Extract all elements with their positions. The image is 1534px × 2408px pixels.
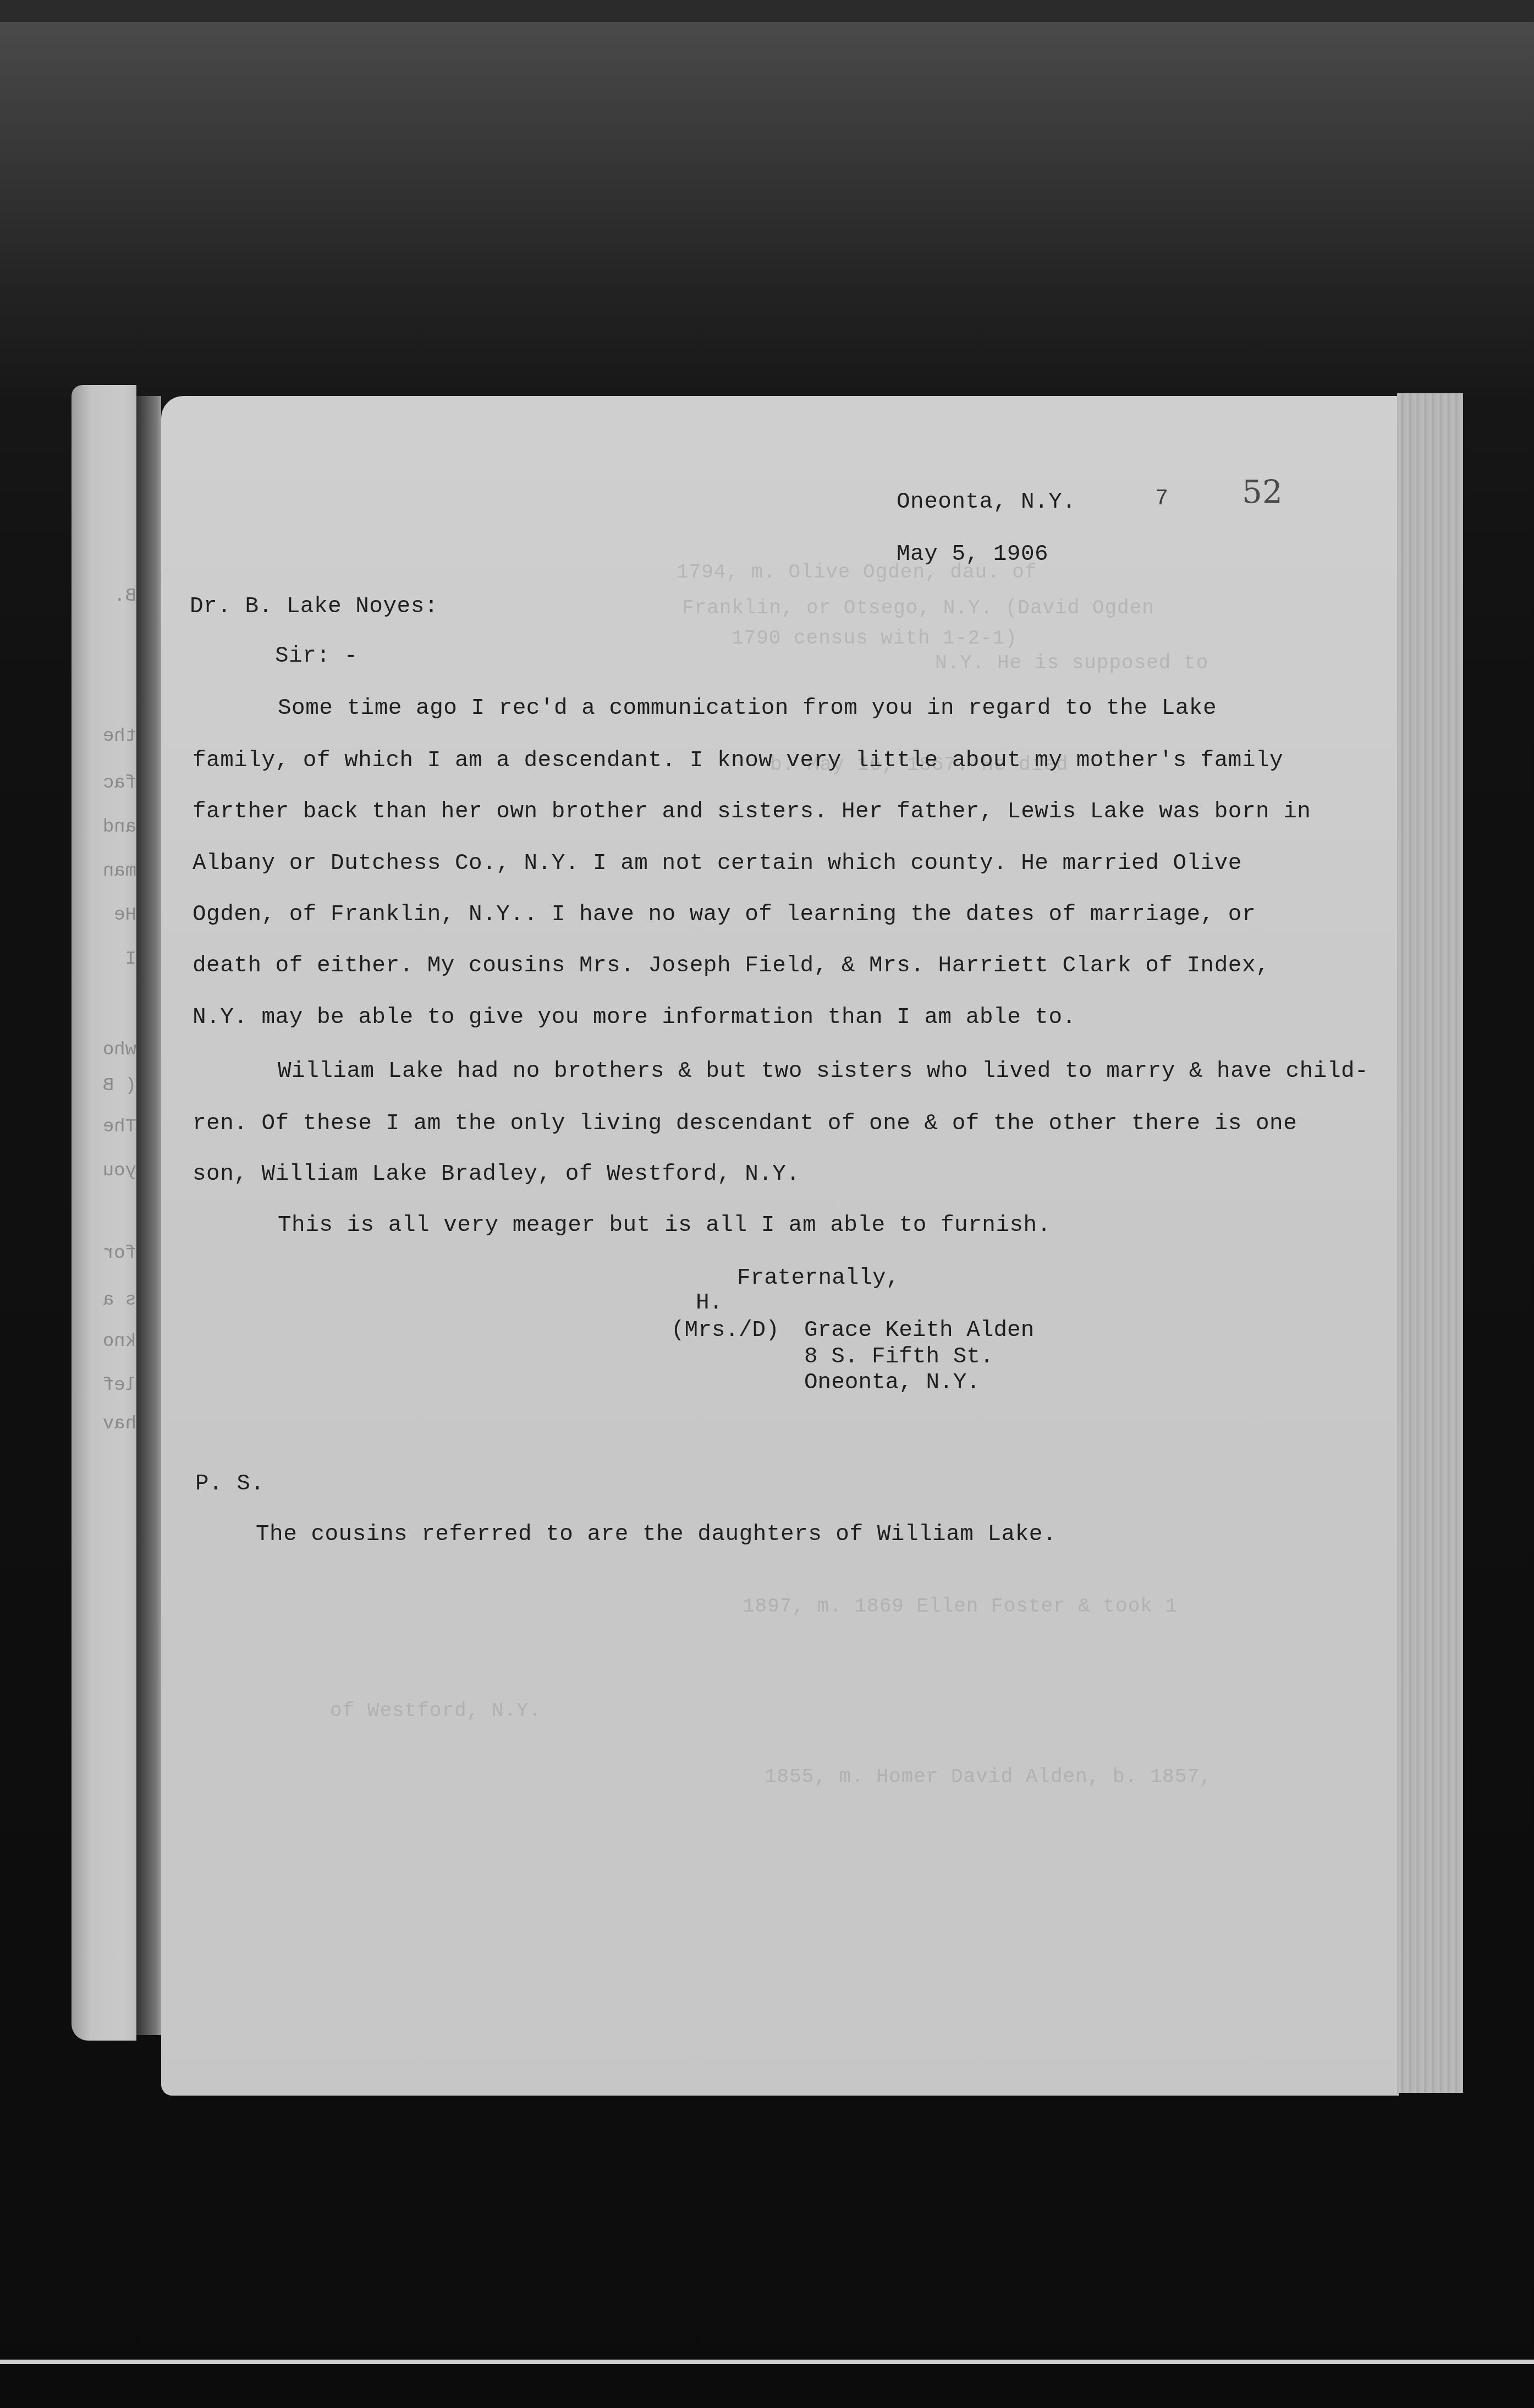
initial-correction: H. — [696, 1290, 723, 1316]
mirror-fragment: hav — [98, 1414, 136, 1434]
mirror-fragment: the — [98, 726, 136, 747]
signer-title: (Mrs./D) — [671, 1317, 779, 1344]
mirror-fragment: and — [98, 817, 136, 838]
body-line: farther back than her own brother and si… — [193, 799, 1311, 824]
left-facing-page: B. the fac and man He I who ( B The you … — [72, 385, 136, 2041]
valediction: Fraternally, — [737, 1265, 899, 1291]
mirror-fragment: who — [98, 1040, 136, 1060]
mirror-fragment: ( B — [98, 1075, 136, 1096]
signer-street: 8 S. Fifth St. — [804, 1344, 993, 1370]
page-stack-edge — [1397, 393, 1463, 2093]
film-strip-top — [0, 0, 1534, 22]
mirror-fragment: He — [98, 905, 136, 926]
book-gutter — [136, 396, 161, 2035]
body-line: ren. Of these I am the only living desce… — [193, 1111, 1297, 1136]
postscript-label: P. S. — [195, 1471, 265, 1497]
mirror-fragment: man — [98, 861, 136, 882]
body-line: N.Y. may be able to give you more inform… — [193, 1005, 1076, 1030]
letter-date: May 5, 1906 — [897, 542, 1048, 567]
mirror-fragment: I — [98, 949, 136, 970]
bleed-through-line: 1790 census with 1-2-1) — [732, 627, 1018, 650]
greeting: Sir: - — [275, 644, 358, 669]
addressee: Dr. B. Lake Noyes: — [190, 594, 438, 619]
body-line: This is all very meager but is all I am … — [278, 1213, 1051, 1238]
mirror-fragment: lef — [98, 1375, 136, 1396]
signer-city: Oneonta, N.Y. — [804, 1370, 980, 1396]
postscript-text: The cousins referred to are the daughter… — [256, 1522, 1057, 1547]
body-line: family, of which I am a descendant. I kn… — [193, 748, 1283, 773]
mirror-fragment: kno — [98, 1331, 136, 1352]
body-line: Some time ago I rec'd a communication fr… — [278, 696, 1217, 721]
bleed-through-line: Franklin, or Otsego, N.Y. (David Ogden — [682, 597, 1154, 619]
mirror-fragment: B. — [98, 586, 136, 607]
bleed-through-line: 1855, m. Homer David Alden, b. 1857, — [765, 1766, 1212, 1788]
body-line: son, William Lake Bradley, of Westford, … — [193, 1162, 800, 1187]
body-line: Ogden, of Franklin, N.Y.. I have no way … — [193, 902, 1256, 927]
mirror-fragment: The — [98, 1117, 136, 1137]
mirror-fragment: for — [98, 1243, 136, 1264]
mirror-fragment: you — [98, 1161, 136, 1181]
bleed-through-line: of Westford, N.Y. — [330, 1700, 541, 1722]
bleed-through-line: 1897, m. 1869 Ellen Foster & took 1 — [743, 1595, 1178, 1618]
signer-name: Grace Keith Alden — [804, 1317, 1034, 1344]
mirror-fragment: fac — [98, 773, 136, 794]
body-line: William Lake had no brothers & but two s… — [278, 1059, 1368, 1084]
bleed-through-line: N.Y. He is supposed to — [935, 652, 1208, 674]
page-number: 52 — [1242, 473, 1283, 510]
letter-place: Oneonta, N.Y. — [897, 490, 1076, 515]
body-line: death of either. My cousins Mrs. Joseph … — [193, 953, 1269, 978]
mirror-fragment: s a — [98, 1290, 136, 1311]
body-line: Albany or Dutchess Co., N.Y. I am not ce… — [193, 851, 1242, 876]
stamp-mark: 7 — [1155, 487, 1168, 512]
film-strip-bottom-edge — [0, 2360, 1534, 2364]
